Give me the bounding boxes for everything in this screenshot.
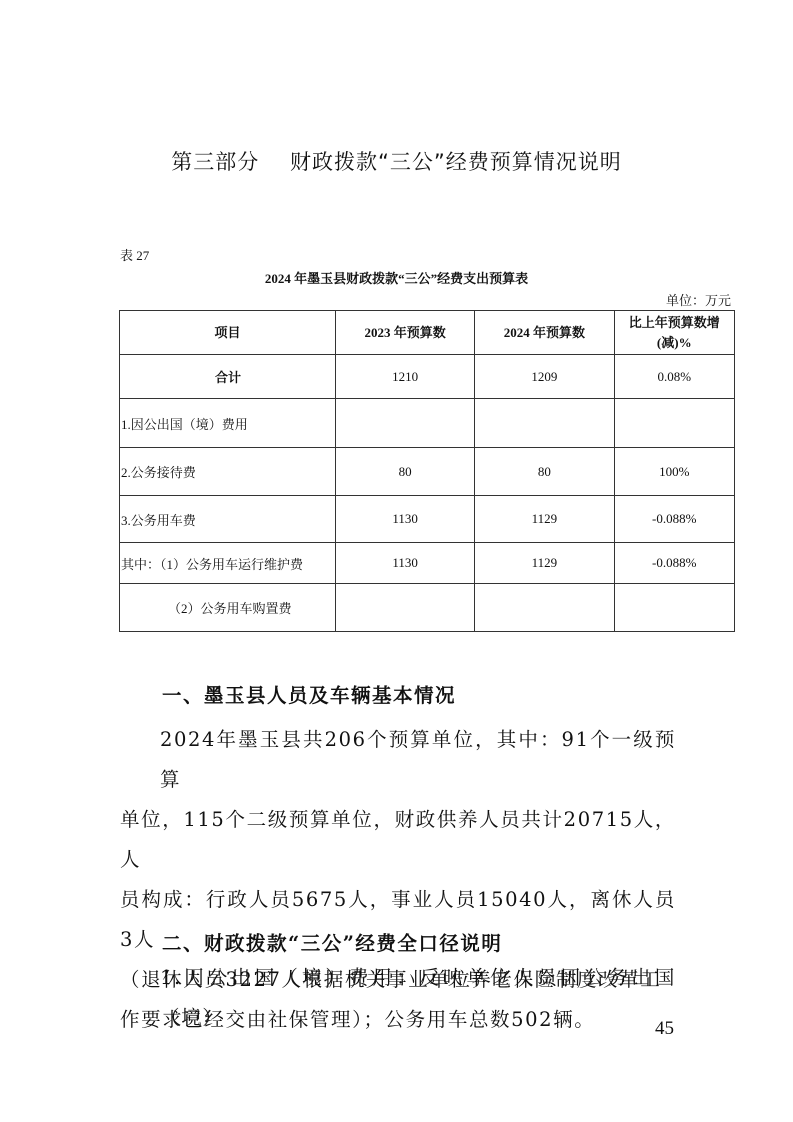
row-2024: 1209 bbox=[475, 355, 614, 399]
row-2023: 1130 bbox=[336, 496, 475, 543]
row-2024 bbox=[475, 399, 614, 448]
row-2023: 1210 bbox=[336, 355, 475, 399]
row-item: 1.因公出国（境）费用 bbox=[120, 399, 336, 448]
row-change: 0.08% bbox=[614, 355, 735, 399]
table-row: 其中：（1）公务用车运行维护费 1130 1129 -0.088% bbox=[120, 543, 735, 584]
row-item: 合计 bbox=[120, 355, 336, 399]
page-number: 45 bbox=[655, 1018, 674, 1040]
row-2024: 80 bbox=[475, 448, 614, 496]
row-item: 2.公务接待费 bbox=[120, 448, 336, 496]
header-2024: 2024 年预算数 bbox=[475, 311, 614, 355]
table-row: （2）公务用车购置费 bbox=[120, 584, 735, 632]
table-title: 2024 年墨玉县财政拨款“三公”经费支出预算表 bbox=[0, 268, 793, 287]
section-2-body: 1.因公出国（境）费用：反映单位人员因公务出国（境） bbox=[120, 958, 676, 1038]
row-2024 bbox=[475, 584, 614, 632]
table-row: 2.公务接待费 80 80 100% bbox=[120, 448, 735, 496]
section-heading-2: 二、财政拨款“三公”经费全口径说明 bbox=[162, 928, 502, 956]
budget-table: 项目 2023 年预算数 2024 年预算数 比上年预算数增 (减)% 合计 1… bbox=[119, 310, 735, 632]
header-item: 项目 bbox=[120, 311, 336, 355]
row-change bbox=[614, 399, 735, 448]
paragraph-line: 1.因公出国（境）费用：反映单位人员因公务出国（境） bbox=[120, 958, 676, 1038]
row-item: 其中：（1）公务用车运行维护费 bbox=[120, 543, 336, 584]
header-change-line2: (减)% bbox=[615, 333, 735, 353]
header-2023: 2023 年预算数 bbox=[336, 311, 475, 355]
table-row: 合计 1210 1209 0.08% bbox=[120, 355, 735, 399]
header-change: 比上年预算数增 (减)% bbox=[614, 311, 735, 355]
paragraph-line: 单位，115个二级预算单位，财政供养人员共计20715人，人 bbox=[120, 800, 676, 880]
row-change: 100% bbox=[614, 448, 735, 496]
row-change: -0.088% bbox=[614, 496, 735, 543]
row-change: -0.088% bbox=[614, 543, 735, 584]
header-change-line1: 比上年预算数增 bbox=[615, 313, 735, 333]
row-2023: 80 bbox=[336, 448, 475, 496]
row-2024: 1129 bbox=[475, 496, 614, 543]
row-item: （2）公务用车购置费 bbox=[120, 584, 336, 632]
table-number: 表 27 bbox=[120, 245, 149, 264]
paragraph-line: 2024年墨玉县共206个预算单位，其中：91个一级预算 bbox=[120, 720, 676, 800]
row-change bbox=[614, 584, 735, 632]
part-title: 第三部分 财政拨款“三公”经费预算情况说明 bbox=[0, 146, 793, 176]
table-row: 3.公务用车费 1130 1129 -0.088% bbox=[120, 496, 735, 543]
row-2023 bbox=[336, 399, 475, 448]
row-2023 bbox=[336, 584, 475, 632]
row-2024: 1129 bbox=[475, 543, 614, 584]
row-2023: 1130 bbox=[336, 543, 475, 584]
table-row: 1.因公出国（境）费用 bbox=[120, 399, 735, 448]
table-header-row: 项目 2023 年预算数 2024 年预算数 比上年预算数增 (减)% bbox=[120, 311, 735, 355]
row-item: 3.公务用车费 bbox=[120, 496, 336, 543]
section-heading-1: 一、墨玉县人员及车辆基本情况 bbox=[162, 680, 456, 708]
table-unit: 单位：万元 bbox=[666, 290, 731, 309]
